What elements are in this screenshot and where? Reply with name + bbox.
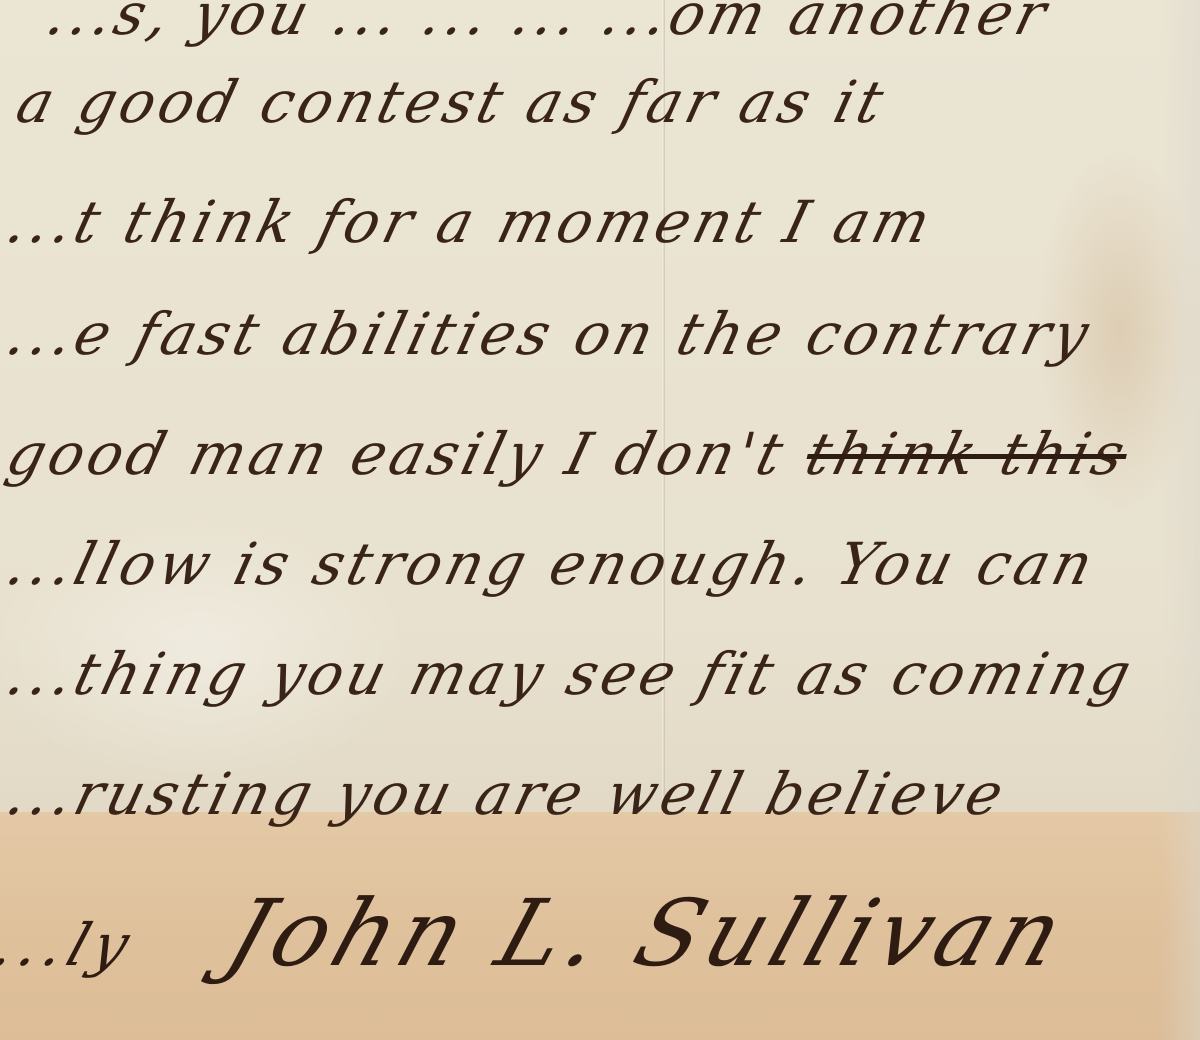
handwritten-line-5: good man easily I don't think this: [0, 420, 1135, 488]
handwritten-line-7: ...thing you may see fit as coming: [0, 640, 1141, 708]
signature-block: ...ly John L. Sullivan: [0, 880, 1082, 987]
signature-name: John L. Sullivan: [215, 880, 1082, 987]
handwritten-line-3: ...t think for a moment I am: [0, 188, 941, 256]
struck-through-text: think this: [799, 420, 1135, 488]
closing-word: ...ly: [0, 911, 144, 979]
handwritten-line-4: ...e fast abilities on the contrary: [0, 300, 1099, 368]
paper-edge: [1160, 0, 1200, 1040]
handwritten-line-6: ...llow is strong enough. You can: [0, 530, 1103, 598]
line-5-text: good man easily I don't: [0, 420, 794, 488]
handwritten-line-1: ...s, you ... ... ... ...om another: [40, 0, 1057, 48]
handwritten-line-2: a good contest as far as it: [10, 68, 894, 136]
handwritten-line-8: ...rusting you are well believe: [0, 760, 1014, 828]
